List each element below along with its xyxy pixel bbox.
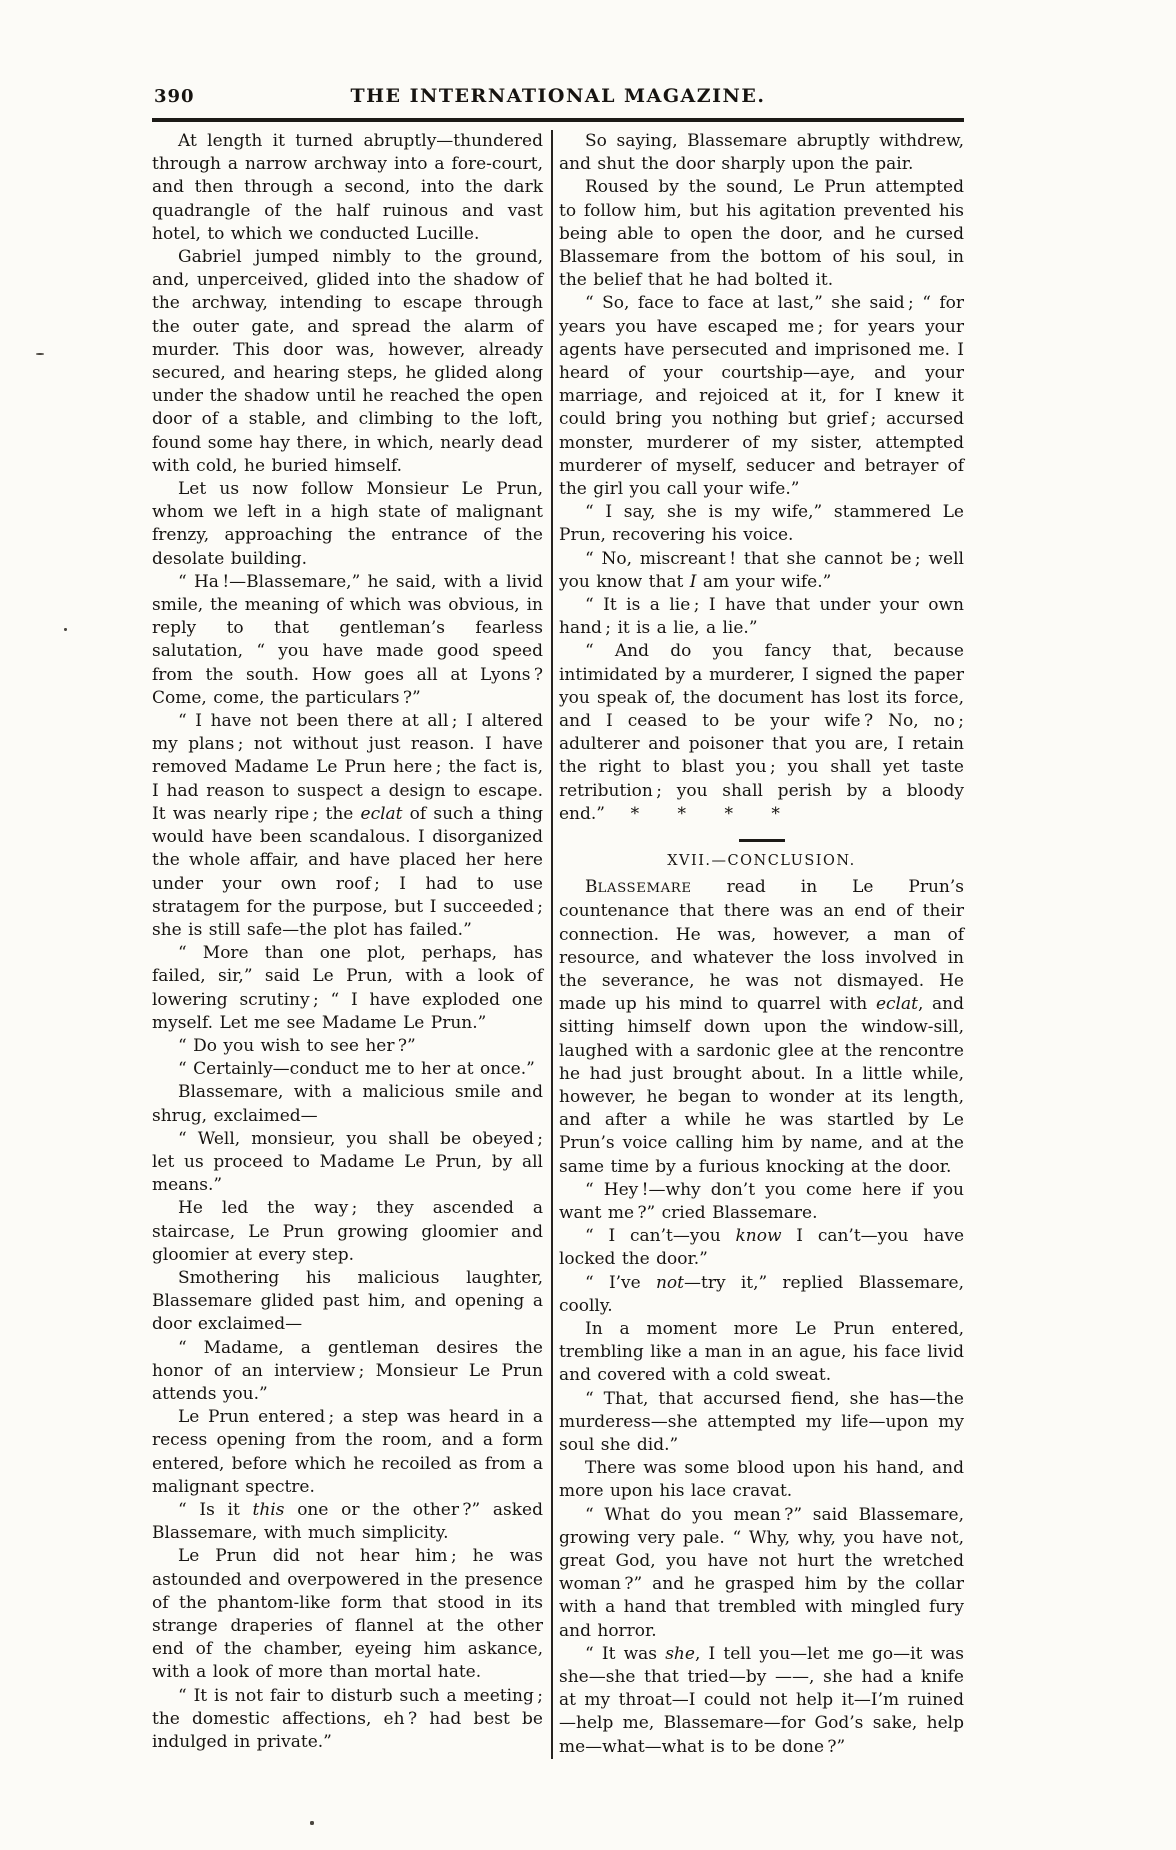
paragraph: “ No, miscreant ! that she cannot be ; w… [559, 548, 964, 594]
paragraph: So saying, Blassemare abruptly withdrew,… [559, 130, 964, 176]
paragraph: Smothering his malicious laughter, Blass… [152, 1267, 543, 1337]
paragraph: Let us now follow Monsieur Le Prun, whom… [152, 478, 543, 571]
paragraph: “ It is a lie ; I have that under your o… [559, 594, 964, 640]
paragraph: Roused by the sound, Le Prun attempted t… [559, 176, 964, 292]
text-columns: At length it turned abruptly—thundered t… [152, 130, 964, 1759]
paragraph: “ Certainly—conduct me to her at once.” [152, 1058, 543, 1081]
paragraph: “ I can’t—you know I can’t—you have lock… [559, 1225, 964, 1271]
paragraph: “ Madame, a gentleman desires the honor … [152, 1337, 543, 1407]
paragraph: “ And do you fancy that, because intimid… [559, 640, 964, 826]
scan-speck [310, 1821, 314, 1825]
paragraph: “ Do you wish to see her ?” [152, 1035, 543, 1058]
left-column: At length it turned abruptly—thundered t… [152, 130, 543, 1759]
page-content: 390 THE INTERNATIONAL MAGAZINE. At lengt… [152, 82, 964, 1759]
page-title: THE INTERNATIONAL MAGAZINE. [152, 85, 964, 107]
column-divider [551, 130, 553, 1759]
paragraph: Gabriel jumped nimbly to the ground, and… [152, 246, 543, 478]
paragraph: “ It is not fair to disturb such a meeti… [152, 1685, 543, 1755]
paragraph: “ I say, she is my wife,” stammered Le P… [559, 501, 964, 547]
section-divider-rule [739, 839, 785, 842]
scan-speck [64, 628, 67, 631]
paragraph: “ Hey !—why don’t you come here if you w… [559, 1179, 964, 1225]
paragraph: Le Prun did not hear him ; he was astoun… [152, 1545, 543, 1684]
paragraph: “ I have not been there at all ; I alter… [152, 710, 543, 942]
chapter-body: Blassemare read in Le Prun’s countenance… [559, 876, 964, 1759]
paragraph: “ It was she, I tell you—let me go—it wa… [559, 1643, 964, 1759]
paragraph: In a moment more Le Prun entered, trembl… [559, 1318, 964, 1388]
right-column-top: So saying, Blassemare abruptly withdrew,… [559, 130, 964, 826]
paragraph: Blassemare, with a malicious smile and s… [152, 1081, 543, 1127]
paragraph: Le Prun entered ; a step was heard in a … [152, 1406, 543, 1499]
paragraph: “ Well, monsieur, you shall be obeyed ; … [152, 1128, 543, 1198]
magazine-page: 390 THE INTERNATIONAL MAGAZINE. At lengt… [0, 0, 1176, 1850]
paragraph: “ Ha !—Blassemare,” he said, with a livi… [152, 571, 543, 710]
paragraph: Blassemare read in Le Prun’s countenance… [559, 876, 964, 1179]
chapter-heading: XVII.—CONCLUSION. [559, 853, 964, 869]
scan-speck [36, 353, 44, 355]
paragraph: “ So, face to face at last,” she said ; … [559, 292, 964, 501]
page-header: 390 THE INTERNATIONAL MAGAZINE. [152, 82, 964, 118]
right-column: So saying, Blassemare abruptly withdrew,… [559, 130, 964, 1759]
paragraph: “ That, that accursed fiend, she has—the… [559, 1388, 964, 1458]
paragraph: “ I’ve not—try it,” replied Blassemare, … [559, 1272, 964, 1318]
paragraph: He led the way ; they ascended a stairca… [152, 1197, 543, 1267]
paragraph: “ What do you mean ?” said Blassemare, g… [559, 1504, 964, 1643]
header-rule [152, 118, 964, 122]
paragraph: At length it turned abruptly—thundered t… [152, 130, 543, 246]
paragraph: “ More than one plot, perhaps, has faile… [152, 942, 543, 1035]
paragraph: “ Is it this one or the other ?” asked B… [152, 1499, 543, 1545]
paragraph: There was some blood upon his hand, and … [559, 1457, 964, 1503]
